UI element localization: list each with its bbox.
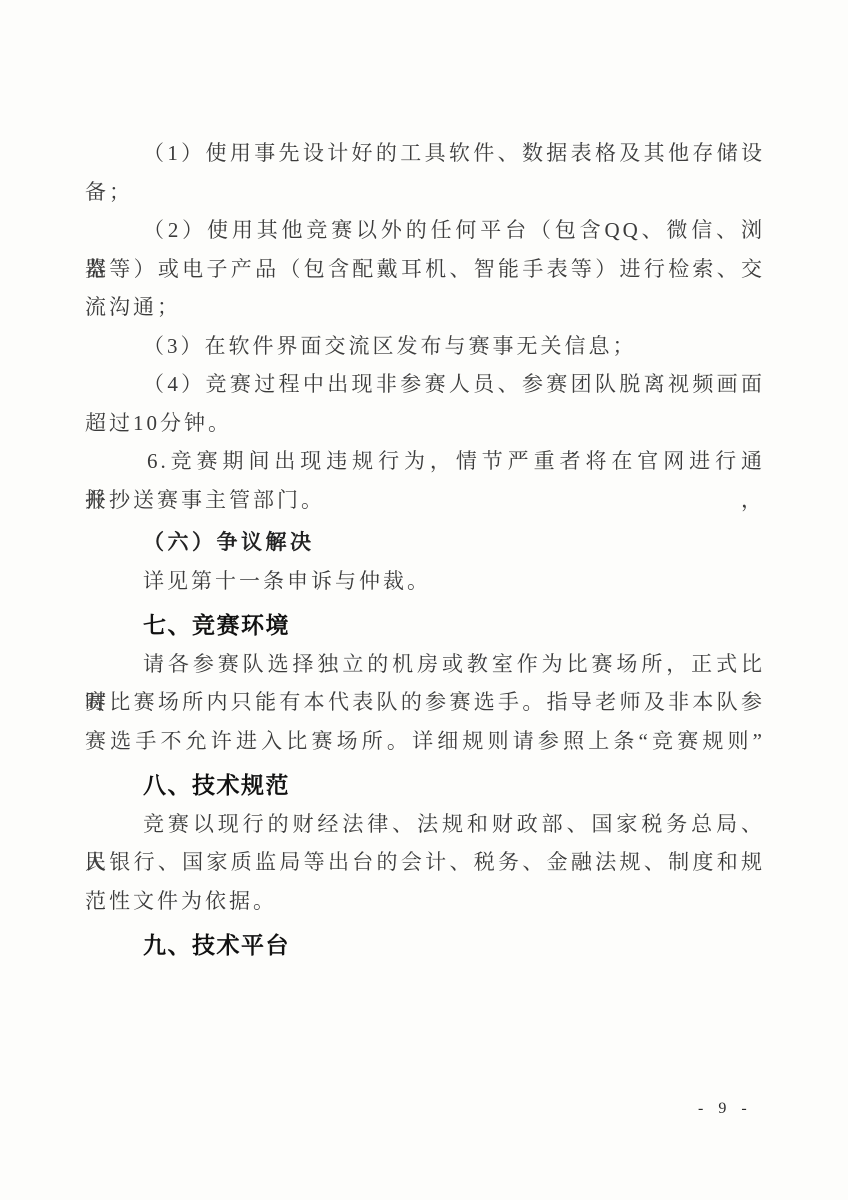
text-line: 备； bbox=[85, 173, 765, 212]
text-line: 范性文件为依据。 bbox=[85, 882, 765, 921]
text-line: 时比赛场所内只能有本代表队的参赛选手。指导老师及非本队参 bbox=[85, 683, 765, 722]
text-line: 竞赛以现行的财经法律、法规和财政部、国家税务总局、人 bbox=[85, 805, 765, 844]
text-line: 请各参赛队选择独立的机房或教室作为比赛场所，正式比赛 bbox=[85, 645, 765, 684]
text-line: 超过10分钟。 bbox=[85, 404, 765, 443]
text-line: 流沟通； bbox=[85, 288, 765, 327]
heading-hei-line: 八、技术规范 bbox=[85, 766, 765, 805]
document-page: （1）使用事先设计好的工具软件、数据表格及其他存储设备；（2）使用其他竞赛以外的… bbox=[0, 0, 848, 1200]
heading-kai-line: （六）争议解决 bbox=[85, 523, 765, 562]
text-line: 详见第十一条申诉与仲裁。 bbox=[85, 562, 765, 601]
text-line: （1）使用事先设计好的工具软件、数据表格及其他存储设 bbox=[85, 134, 765, 173]
text-line: （2）使用其他竞赛以外的任何平台（包含QQ、微信、浏览 bbox=[85, 211, 765, 250]
text-line: （3）在软件界面交流区发布与赛事无关信息； bbox=[85, 327, 765, 366]
heading-hei-line: 九、技术平台 bbox=[85, 926, 765, 965]
text-line: （4）竞赛过程中出现非参赛人员、参赛团队脱离视频画面 bbox=[85, 365, 765, 404]
text-line: 器等）或电子产品（包含配戴耳机、智能手表等）进行检索、交 bbox=[85, 250, 765, 289]
text-line: 6.竞赛期间出现违规行为，情节严重者将在官网进行通报， bbox=[85, 442, 765, 481]
document-body: （1）使用事先设计好的工具软件、数据表格及其他存储设备；（2）使用其他竞赛以外的… bbox=[85, 134, 765, 965]
text-line: 民银行、国家质监局等出台的会计、税务、金融法规、制度和规 bbox=[85, 843, 765, 882]
text-line: 赛选手不允许进入比赛场所。详细规则请参照上条“竞赛规则” bbox=[85, 722, 765, 761]
page-number: - 9 - bbox=[698, 1100, 750, 1118]
heading-hei-line: 七、竞赛环境 bbox=[85, 606, 765, 645]
